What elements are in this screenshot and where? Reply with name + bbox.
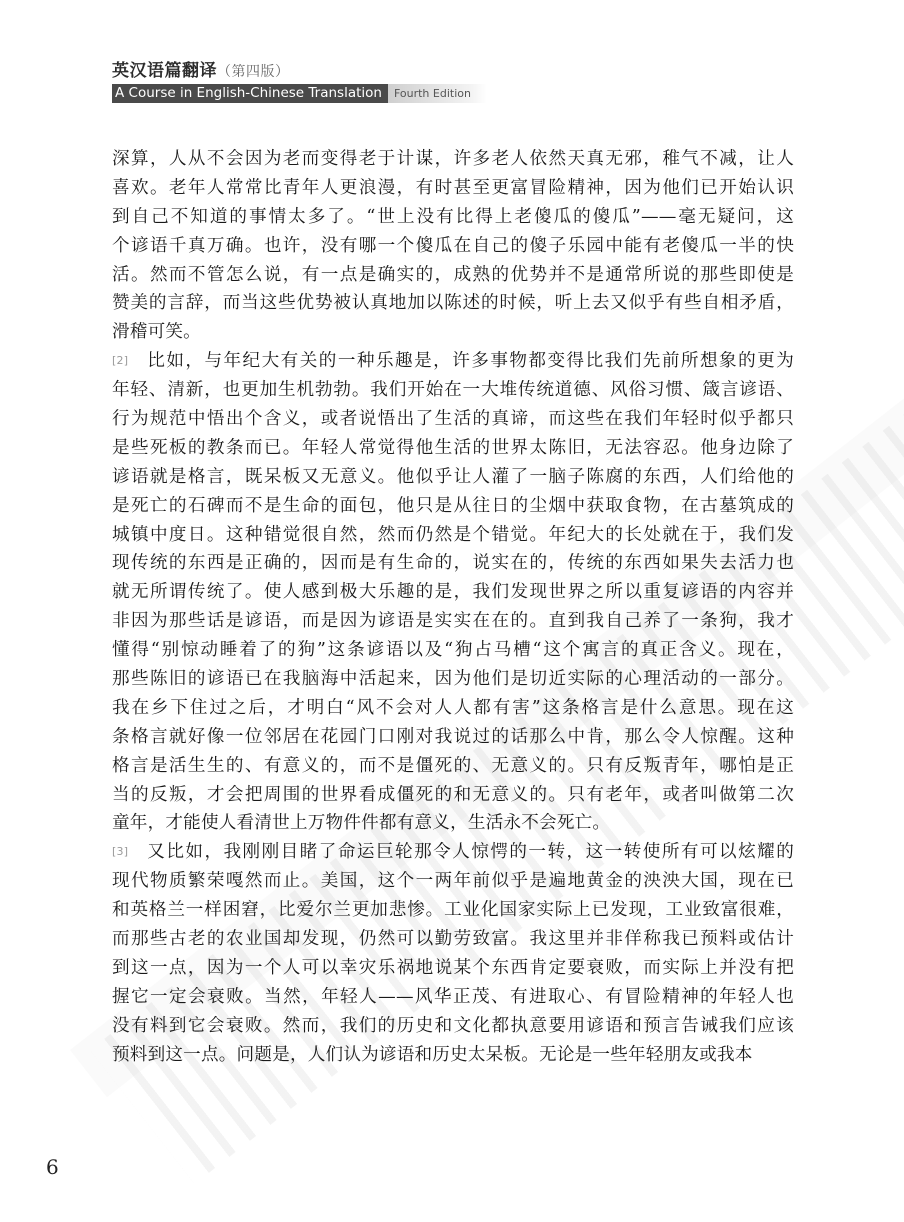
line-text: 是死亡的石碑而不是生命的面包，他只是从往日的尘烟中获取食物，在古墓筑成的	[112, 496, 794, 516]
line-text: 和英格兰一样困窘，比爱尔兰更加悲惨。工业化国家实际上已发现，工业致富很难，	[112, 900, 794, 920]
text-line: 活。然而不管怎么说，有一点是确实的，成熟的优势并不是通常所说的那些即使是	[112, 261, 794, 290]
paragraph: [3]又比如，我刚刚目睹了命运巨轮那令人惊愕的一转，这一转使所有可以炫耀的现代物…	[112, 838, 794, 1069]
line-text: 懂得“别惊动睡着了的狗”这条谚语以及“狗占马槽“这个寓言的真正含义。现在，	[112, 640, 794, 660]
line-text: 我在乡下住过之后，才明白“风不会对人人都有害”这条格言是什么意思。现在这	[112, 698, 794, 718]
line-text: 城镇中度日。这种错觉很自然，然而仍然是个错觉。年纪大的长处就在于，我们发	[112, 525, 794, 545]
line-text: 赞美的言辞，而当这些优势被认真地加以陈述的时候，听上去又似乎有些自相矛盾，	[112, 293, 794, 313]
line-text: 而那些古老的农业国却发现，仍然可以勤劳致富。我这里并非佯称我已预料或估计	[112, 929, 794, 949]
line-text: 现传统的东西是正确的，因而是有生命的，说实在的，传统的东西如果失去活力也	[112, 553, 794, 573]
text-line: 握它一定会衰败。当然，年轻人——风华正茂、有进取心、有冒险精神的年轻人也	[112, 983, 794, 1012]
text-line: [2]比如，与年纪大有关的一种乐趣是，许多事物都变得比我们先前所想象的更为	[112, 347, 794, 376]
text-line: 童年，才能使人看清世上万物件件都有意义，生活永不会死亡。	[112, 809, 794, 838]
text-line: 喜欢。老年人常常比青年人更浪漫，有时甚至更富冒险精神，因为他们已开始认识	[112, 174, 794, 203]
line-text: 行为规范中悟出个含义，或者说悟出了生活的真谛，而这些在我们年轻时似乎都只	[112, 409, 794, 429]
line-text: 滑稽可笑。	[112, 322, 201, 342]
line-text: 是些死板的教条而已。年轻人常觉得他生活的世界太陈旧，无法容忍。他身边除了	[112, 438, 794, 458]
line-text: 谚语就是格言，既呆板又无意义。他似乎让人灌了一脑子陈腐的东西，人们给他的	[112, 467, 794, 487]
text-line: 我在乡下住过之后，才明白“风不会对人人都有害”这条格言是什么意思。现在这	[112, 694, 794, 723]
paragraph-marker: [3]	[112, 838, 146, 867]
line-text: 条格言就好像一位邻居在花园门口刚对我说过的话那么中肯，那么令人惊醒。这种	[112, 727, 794, 747]
text-line: [3]又比如，我刚刚目睹了命运巨轮那令人惊愕的一转，这一转使所有可以炫耀的	[112, 838, 794, 867]
text-line: 是些死板的教条而已。年轻人常觉得他生活的世界太陈旧，无法容忍。他身边除了	[112, 434, 794, 463]
text-line: 而那些古老的农业国却发现，仍然可以勤劳致富。我这里并非佯称我已预料或估计	[112, 925, 794, 954]
line-text: 非因为那些话是谚语，而是因为谚语是实实在在的。直到我自己养了一条狗，我才	[112, 611, 794, 631]
text-line: 没有料到它会衰败。然而，我们的历史和文化都执意要用谚语和预言告诫我们应该	[112, 1012, 794, 1041]
line-text: 到自己不知道的事情太多了。“世上没有比得上老傻瓜的傻瓜”——毫无疑问，这	[112, 207, 794, 227]
line-text: 当的反叛，才会把周围的世界看成僵死的和无意义的。只有老年，或者叫做第二次	[112, 785, 794, 805]
text-line: 和英格兰一样困窘，比爱尔兰更加悲惨。工业化国家实际上已发现，工业致富很难，	[112, 896, 794, 925]
text-line: 是死亡的石碑而不是生命的面包，他只是从往日的尘烟中获取食物，在古墓筑成的	[112, 492, 794, 521]
text-line: 个谚语千真万确。也许，没有哪一个傻瓜在自己的傻子乐园中能有老傻瓜一半的快	[112, 232, 794, 261]
text-line: 条格言就好像一位邻居在花园门口刚对我说过的话那么中肯，那么令人惊醒。这种	[112, 723, 794, 752]
book-title: 英汉语篇翻译（第四版）	[112, 56, 487, 81]
running-header: 英汉语篇翻译（第四版） A Course in English-Chinese …	[112, 56, 487, 103]
book-edition-cn: （第四版）	[217, 64, 290, 80]
text-line: 滑稽可笑。	[112, 318, 794, 347]
text-line: 深算，人从不会因为老而变得老于计谋，许多老人依然天真无邪，稚气不减，让人	[112, 145, 794, 174]
paragraph: [2]比如，与年纪大有关的一种乐趣是，许多事物都变得比我们先前所想象的更为年轻、…	[112, 347, 794, 838]
line-text: 没有料到它会衰败。然而，我们的历史和文化都执意要用谚语和预言告诫我们应该	[112, 1016, 794, 1036]
text-line: 谚语就是格言，既呆板又无意义。他似乎让人灌了一脑子陈腐的东西，人们给他的	[112, 463, 794, 492]
line-text: 格言是活生生的、有意义的，而不是僵死的、无意义的。只有反叛青年，哪怕是正	[112, 756, 794, 776]
line-text: 到这一点，因为一个人可以幸灾乐祸地说某个东西肯定要衰败，而实际上并没有把	[112, 958, 794, 978]
text-line: 现代物质繁荣嘎然而止。美国，这个一两年前似乎是遍地黄金的泱泱大国，现在已	[112, 867, 794, 896]
line-text: 就无所谓传统了。使人感到极大乐趣的是，我们发现世界之所以重复谚语的内容并	[112, 582, 794, 602]
text-line: 赞美的言辞，而当这些优势被认真地加以陈述的时候，听上去又似乎有些自相矛盾，	[112, 289, 794, 318]
text-line: 那些陈旧的谚语已在我脑海中活起来，因为他们是切近实际的心理活动的一部分。	[112, 665, 794, 694]
line-text: 深算，人从不会因为老而变得老于计谋，许多老人依然天真无邪，稚气不减，让人	[112, 149, 794, 169]
page-number: 6	[46, 1155, 59, 1179]
text-line: 到自己不知道的事情太多了。“世上没有比得上老傻瓜的傻瓜”——毫无疑问，这	[112, 203, 794, 232]
text-line: 格言是活生生的、有意义的，而不是僵死的、无意义的。只有反叛青年，哪怕是正	[112, 752, 794, 781]
line-text: 个谚语千真万确。也许，没有哪一个傻瓜在自己的傻子乐园中能有老傻瓜一半的快	[112, 236, 794, 256]
line-text: 喜欢。老年人常常比青年人更浪漫，有时甚至更富冒险精神，因为他们已开始认识	[112, 178, 794, 198]
body-text: 深算，人从不会因为老而变得老于计谋，许多老人依然天真无邪，稚气不减，让人喜欢。老…	[112, 145, 794, 1070]
paragraph-marker: [2]	[112, 347, 146, 376]
line-text: 比如，与年纪大有关的一种乐趣是，许多事物都变得比我们先前所想象的更为	[146, 351, 794, 371]
text-line: 当的反叛，才会把周围的世界看成僵死的和无意义的。只有老年，或者叫做第二次	[112, 781, 794, 810]
line-text: 现代物质繁荣嘎然而止。美国，这个一两年前似乎是遍地黄金的泱泱大国，现在已	[112, 871, 794, 891]
line-text: 握它一定会衰败。当然，年轻人——风华正茂、有进取心、有冒险精神的年轻人也	[112, 987, 794, 1007]
book-title-cn: 英汉语篇翻译	[112, 61, 217, 81]
book-edition-en: Fourth Edition	[388, 84, 487, 103]
line-text: 那些陈旧的谚语已在我脑海中活起来，因为他们是切近实际的心理活动的一部分。	[112, 669, 794, 689]
text-line: 懂得“别惊动睡着了的狗”这条谚语以及“狗占马槽“这个寓言的真正含义。现在，	[112, 636, 794, 665]
paragraph: 深算，人从不会因为老而变得老于计谋，许多老人依然天真无邪，稚气不减，让人喜欢。老…	[112, 145, 794, 347]
text-line: 预料到这一点。问题是，人们认为谚语和历史太呆板。无论是一些年轻朋友或我本	[112, 1041, 794, 1070]
text-line: 年轻、清新，也更加生机勃勃。我们开始在一大堆传统道德、风俗习惯、箴言谚语、	[112, 376, 794, 405]
text-line: 到这一点，因为一个人可以幸灾乐祸地说某个东西肯定要衰败，而实际上并没有把	[112, 954, 794, 983]
text-line: 现传统的东西是正确的，因而是有生命的，说实在的，传统的东西如果失去活力也	[112, 549, 794, 578]
text-line: 就无所谓传统了。使人感到极大乐趣的是，我们发现世界之所以重复谚语的内容并	[112, 578, 794, 607]
line-text: 年轻、清新，也更加生机勃勃。我们开始在一大堆传统道德、风俗习惯、箴言谚语、	[112, 380, 794, 400]
subtitle-bar: A Course in English-Chinese Translation …	[112, 84, 487, 103]
text-line: 行为规范中悟出个含义，或者说悟出了生活的真谛，而这些在我们年轻时似乎都只	[112, 405, 794, 434]
line-text: 又比如，我刚刚目睹了命运巨轮那令人惊愕的一转，这一转使所有可以炫耀的	[146, 842, 794, 862]
text-line: 非因为那些话是谚语，而是因为谚语是实实在在的。直到我自己养了一条狗，我才	[112, 607, 794, 636]
line-text: 活。然而不管怎么说，有一点是确实的，成熟的优势并不是通常所说的那些即使是	[112, 265, 794, 285]
book-title-en: A Course in English-Chinese Translation	[112, 84, 388, 103]
line-text: 预料到这一点。问题是，人们认为谚语和历史太呆板。无论是一些年轻朋友或我本	[112, 1045, 753, 1065]
line-text: 童年，才能使人看清世上万物件件都有意义，生活永不会死亡。	[112, 813, 610, 833]
text-line: 城镇中度日。这种错觉很自然，然而仍然是个错觉。年纪大的长处就在于，我们发	[112, 521, 794, 550]
